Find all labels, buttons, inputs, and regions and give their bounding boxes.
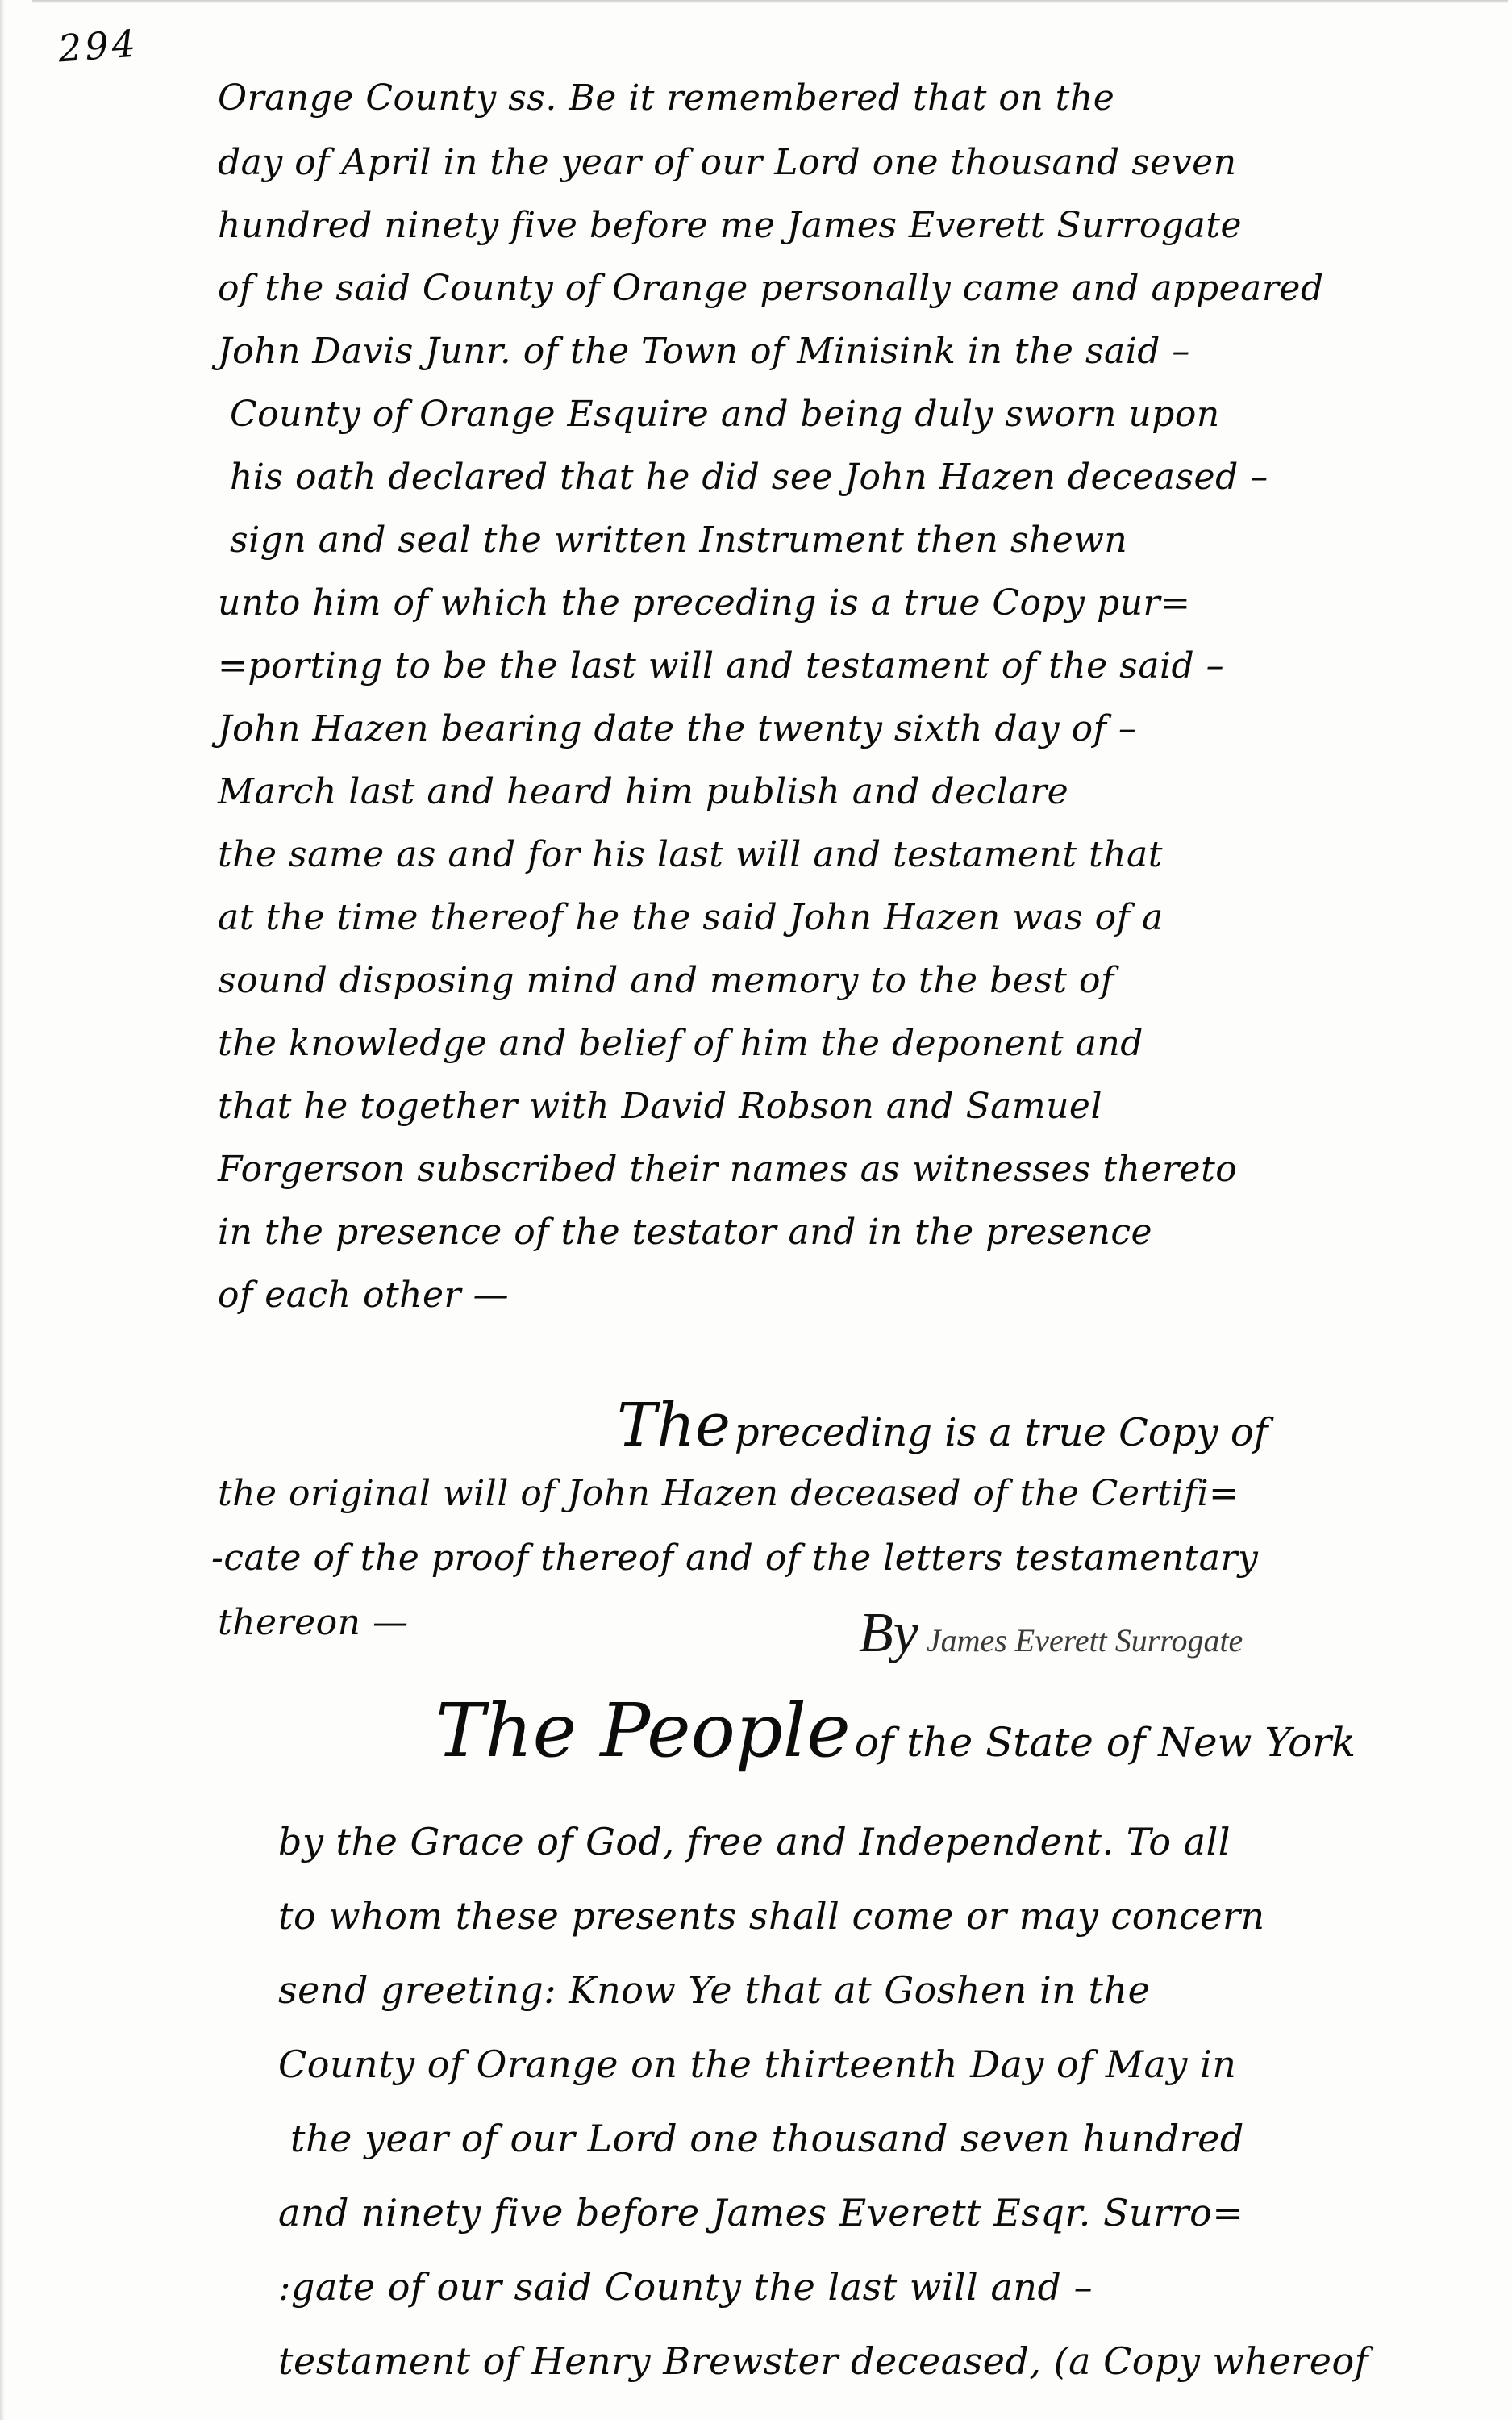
- text-line: County of Orange on the thirteenth Day o…: [278, 2046, 1236, 2083]
- surrogate-signature: By James Everett Surrogate: [859, 1601, 1243, 1666]
- signature-initial: By: [859, 1602, 918, 1664]
- text-line: and ninety five before James Everett Esq…: [278, 2194, 1243, 2231]
- text-line: the year of our Lord one thousand seven …: [290, 2120, 1244, 2157]
- text-line: the same as and for his last will and te…: [218, 837, 1163, 873]
- heading-big-text: The People: [435, 1688, 851, 1774]
- page-number: 294: [56, 22, 140, 71]
- text-line: of the said County of Orange personally …: [218, 271, 1324, 307]
- certification-heading: The preceding is a true Copy of: [617, 1396, 1268, 1455]
- page-edge-top: [32, 0, 1508, 3]
- text-line: the original will of John Hazen deceased…: [218, 1476, 1239, 1512]
- text-line: =porting to be the last will and testame…: [218, 649, 1224, 684]
- text-line: the knowledge and belief of him the depo…: [218, 1026, 1143, 1062]
- text-line: of each other —: [218, 1278, 509, 1313]
- signature-text: James Everett Surrogate: [927, 1622, 1243, 1659]
- text-line: Forgerson subscribed their names as witn…: [218, 1152, 1237, 1187]
- text-line: John Hazen bearing date the twenty sixth…: [218, 711, 1136, 747]
- heading-initial-word: The: [617, 1391, 731, 1460]
- text-line: day of April in the year of our Lord one…: [218, 145, 1237, 181]
- heading-rest: preceding is a true Copy of: [735, 1410, 1268, 1455]
- people-heading: The People of the State of New York: [435, 1694, 1356, 1768]
- text-line: Orange County ss. Be it remembered that …: [218, 81, 1114, 116]
- text-line: March last and heard him publish and dec…: [218, 774, 1068, 810]
- text-line: sound disposing mind and memory to the b…: [218, 963, 1114, 999]
- text-line: hundred ninety five before me James Ever…: [218, 208, 1242, 244]
- text-line: at the time thereof he the said John Haz…: [218, 900, 1164, 936]
- text-line: to whom these presents shall come or may…: [278, 1897, 1265, 1934]
- text-line: testament of Henry Brewster deceased, (a…: [278, 2343, 1368, 2380]
- text-line: that he together with David Robson and S…: [218, 1089, 1102, 1124]
- text-line: in the presence of the testator and in t…: [218, 1215, 1152, 1250]
- text-line: sign and seal the written Instrument the…: [230, 523, 1127, 558]
- text-line: John Davis Junr. of the Town of Minisink…: [218, 334, 1190, 369]
- text-line: thereon —: [218, 1605, 408, 1641]
- page-edge-left: [0, 0, 5, 2420]
- text-line: County of Orange Esquire and being duly …: [230, 397, 1220, 432]
- text-line: unto him of which the preceding is a tru…: [218, 586, 1190, 621]
- heading-small-text: of the State of New York: [855, 1719, 1356, 1766]
- text-line: by the Grace of God, free and Independen…: [278, 1823, 1231, 1860]
- text-line: send greeting: Know Ye that at Goshen in…: [278, 1971, 1150, 2009]
- text-line: :gate of our said County the last will a…: [278, 2268, 1093, 2305]
- text-line: his oath declared that he did see John H…: [230, 460, 1268, 495]
- text-line: -cate of the proof thereof and of the le…: [211, 1541, 1258, 1576]
